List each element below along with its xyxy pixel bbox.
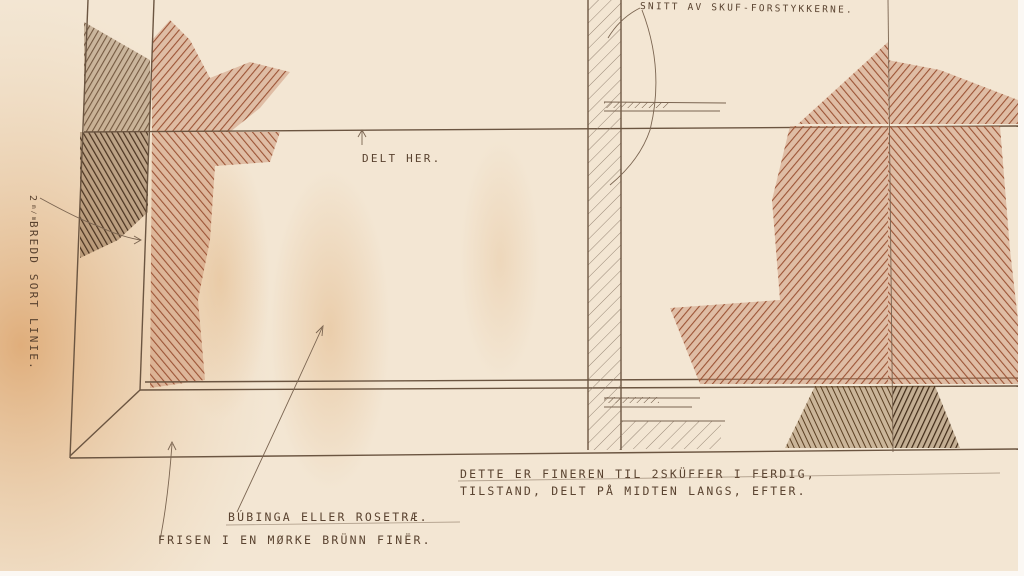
line-label: BREDD SORT LINIE. bbox=[27, 221, 40, 371]
veneer-drawing-sheet: SNITT AV SKUF-FORSTYKKERNE. DELT HER. 2 … bbox=[0, 0, 1024, 576]
photo-edge-right bbox=[1018, 0, 1024, 576]
line-width-note: 2 m/m BREDD SORT LINIE. bbox=[27, 195, 40, 371]
line-width-number: 2 bbox=[27, 195, 38, 203]
paper-stain-center bbox=[270, 170, 390, 490]
split-label: DELT HER. bbox=[362, 152, 441, 165]
frieze-label: FRISEN I EN MØRKE BRÜNN FINËR. bbox=[158, 531, 432, 547]
line-width-unit: m/m bbox=[30, 205, 37, 222]
photo-edge-bottom bbox=[0, 571, 1024, 576]
bubinga-main-right bbox=[888, 126, 1018, 384]
wood-label: BÚBINGA ELLER ROSETRÆ. bbox=[228, 509, 429, 524]
description-line-2: TILSTAND, DELT PÅ MIDTEN LANGS, EFTER. bbox=[460, 483, 807, 498]
paper-stain-right bbox=[460, 140, 540, 380]
